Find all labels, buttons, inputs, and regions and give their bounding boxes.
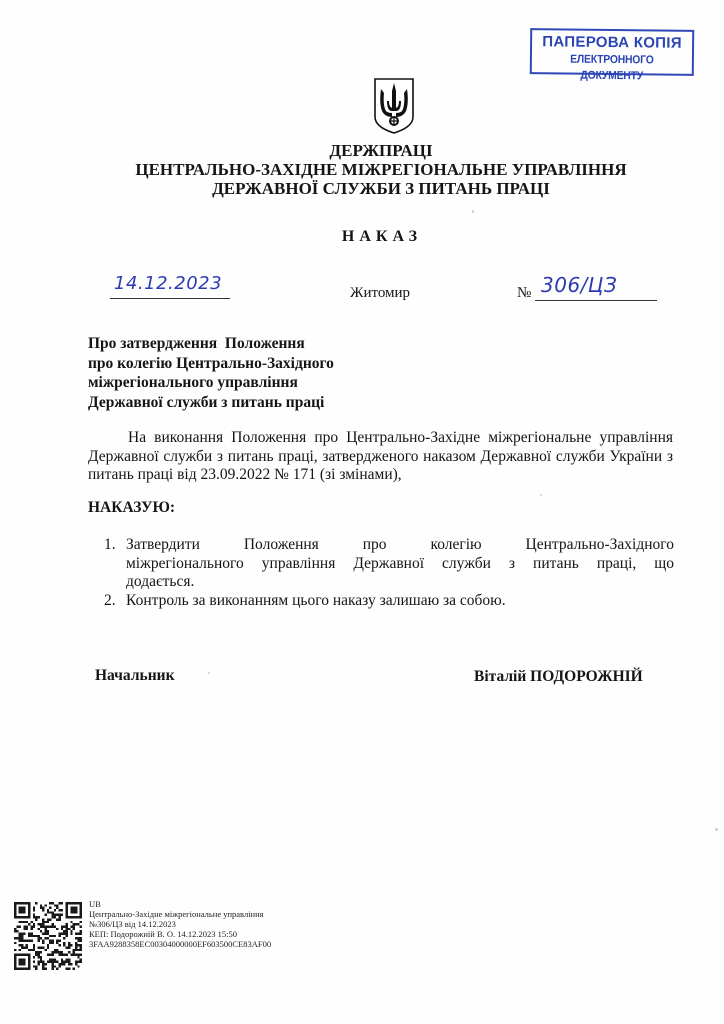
signatory-role: Начальник	[95, 667, 175, 685]
stamp-line-2: ЕЛЕКТРОННОГО ДОКУМЕНТУ	[540, 51, 684, 85]
subject-line: Про затвердження Положення	[88, 334, 334, 354]
document-type-title: НАКАЗ	[0, 228, 724, 246]
scan-speck	[540, 494, 542, 496]
e-signature-line: КЕП: Подорожній В. О. 14.12.2023 15:50	[89, 929, 271, 939]
subject-line: Державної служби з питань праці	[88, 393, 334, 413]
preamble-paragraph: На виконання Положення про Центрально-За…	[88, 429, 673, 485]
paper-copy-stamp: ПАПЕРОВА КОПІЯ ЕЛЕКТРОННОГО ДОКУМЕНТУ	[530, 28, 694, 76]
scan-speck	[715, 828, 718, 831]
header-line-3: ДЕРЖАВНОЇ СЛУЖБИ З ПИТАНЬ ПРАЦІ	[0, 179, 724, 198]
document-page: ПАПЕРОВА КОПІЯ ЕЛЕКТРОННОГО ДОКУМЕНТУ ДЕ…	[0, 0, 724, 1024]
order-subject: Про затвердження Положення про колегію Ц…	[88, 334, 334, 412]
city-label: Житомир	[350, 285, 410, 302]
order-item: 1. Затвердити Положення про колегію Цент…	[104, 536, 674, 592]
item-line: додається.	[126, 573, 194, 590]
item-text: Контроль за виконанням цього наказу зали…	[126, 592, 506, 609]
e-signature-line: Центрально-Західне міжрегіональне управл…	[89, 909, 271, 919]
item-number: 1.	[104, 536, 116, 555]
handwritten-date: 14.12.2023	[114, 273, 222, 294]
signatory-name: Віталій ПОДОРОЖНІЙ	[474, 668, 643, 686]
header-line-1: ДЕРЖПРАЦІ	[0, 141, 724, 160]
scan-speck	[208, 672, 210, 674]
order-items-list: 1. Затвердити Положення про колегію Цент…	[104, 536, 674, 610]
e-signature-line: №306/ЦЗ від 14.12.2023	[89, 919, 271, 929]
order-item: 2. Контроль за виконанням цього наказу з…	[104, 592, 674, 611]
subject-line: про колегію Центрально-Західного	[88, 354, 334, 374]
organization-header: ДЕРЖПРАЦІ ЦЕНТРАЛЬНО-ЗАХІДНЕ МІЖРЕГІОНАЛ…	[0, 141, 724, 198]
number-label: №	[517, 285, 531, 302]
subject-line: міжрегіонального управління	[88, 373, 334, 393]
header-line-2: ЦЕНТРАЛЬНО-ЗАХІДНЕ МІЖРЕГІОНАЛЬНЕ УПРАВЛ…	[0, 160, 724, 179]
trident-coat-of-arms-icon	[373, 77, 415, 135]
date-field: 14.12.2023	[110, 270, 230, 299]
order-word: НАКАЗУЮ:	[88, 499, 175, 517]
e-signature-line: 3FAA9288358EC00304000000EF603500CE83AF00	[89, 939, 271, 949]
item-line: Затвердити Положення про колегію Централ…	[126, 536, 674, 555]
number-field: 306/ЦЗ	[535, 270, 657, 301]
e-signature-line: UB	[89, 899, 271, 909]
preamble-text: На виконання Положення про Центрально-За…	[88, 429, 673, 483]
qr-code-icon	[14, 902, 82, 970]
handwritten-number: 306/ЦЗ	[541, 273, 617, 297]
stamp-line-1: ПАПЕРОВА КОПІЯ	[532, 33, 692, 53]
item-number: 2.	[104, 592, 116, 611]
item-line: міжрегіонального управління Державної сл…	[126, 555, 674, 574]
e-signature-info: UB Центрально-Західне міжрегіональне упр…	[89, 899, 271, 949]
scan-speck	[472, 210, 474, 213]
